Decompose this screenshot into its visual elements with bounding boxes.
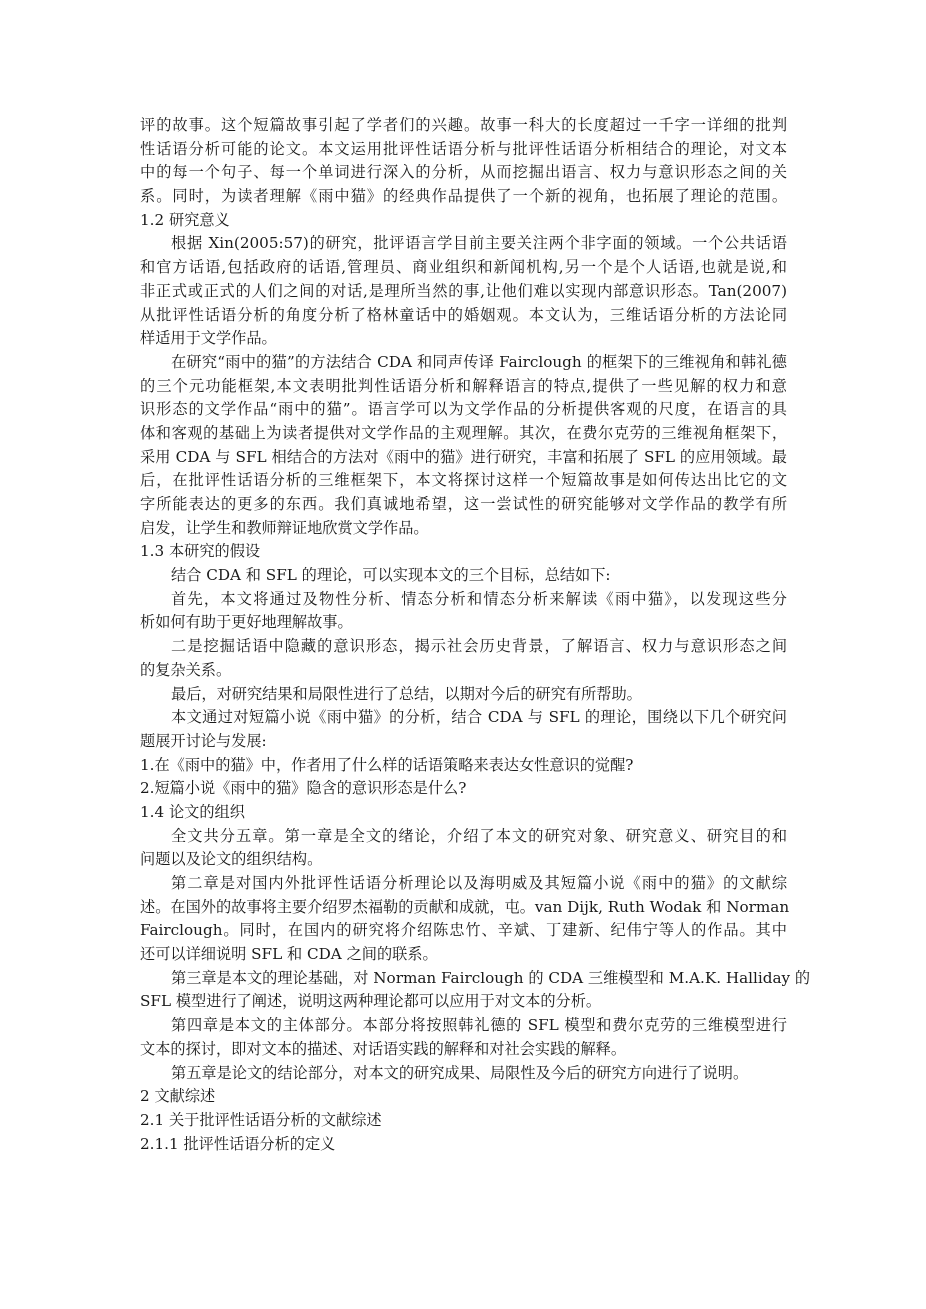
paragraph-organization-ch1: 全文共分五章。第一章是全文的绪论，介绍了本文的研究对象、研究意义、研究目的和 问… [140, 825, 787, 872]
text-line: 根据 Xin(2005:57)的研究，批评语言学目前主要关注两个非字面的领域。一… [140, 232, 787, 256]
text-line: Fairclough。同时，在国内的研究将介绍陈忠竹、辛斌、丁建新、纪伟宁等人的… [140, 919, 787, 943]
paragraph-significance-2: 在研究“雨中的猫”的方法结合 CDA 和同声传译 Fairclough 的框架下… [140, 351, 787, 541]
paragraph-hypothesis-second: 二是挖掘话语中隐藏的意识形态，揭示社会历史背景，了解语言、权力与意识形态之间 的… [140, 635, 787, 682]
document-page: 评的故事。这个短篇故事引起了学者们的兴趣。故事一科大的长度超过一千字一详细的批判… [140, 114, 787, 1156]
paragraph-organization-ch2: 第二章是对国内外批评性话语分析理论以及海明威及其短篇小说《雨中的猫》的文献综 述… [140, 872, 787, 967]
text-line: 性话语分析可能的论文。本文运用批评性话语分析与批评性话语分析相结合的理论，对文本 [140, 138, 787, 162]
text-line: 样适用于文学作品。 [140, 327, 787, 351]
text-line: 采用 CDA 与 SFL 相结合的方法对《雨中的猫》进行研究，丰富和拓展了 SF… [140, 446, 787, 470]
text-line: 问题以及论文的组织结构。 [140, 848, 787, 872]
text-line: 评的故事。这个短篇故事引起了学者们的兴趣。故事一科大的长度超过一千字一详细的批判 [140, 114, 787, 138]
paragraph-hypothesis-first: 首先，本文将通过及物性分析、情态分析和情态分析来解读《雨中猫》，以发现这些分 析… [140, 588, 787, 635]
text-line: 识形态的文学作品“雨中的猫”。语言学可以为文学作品的分析提供客观的尺度，在语言的… [140, 398, 787, 422]
text-line: SFL 模型进行了阐述，说明这两种理论都可以应用于对文本的分析。 [140, 990, 787, 1014]
text-line: 首先，本文将通过及物性分析、情态分析和情态分析来解读《雨中猫》，以发现这些分 [140, 588, 787, 612]
text-line: 后，在批评性话语分析的三维框架下，本文将探讨这样一个短篇故事是如何传达出比它的文 [140, 469, 787, 493]
text-line: 全文共分五章。第一章是全文的绪论，介绍了本文的研究对象、研究意义、研究目的和 [140, 825, 787, 849]
text-line: 文本的探讨，即对文本的描述、对话语实践的解释和对社会实践的解释。 [140, 1038, 787, 1062]
text-line: 中的每一个句子、每一个单词进行深入的分析，从而挖掘出语言、权力与意识形态之间的关 [140, 161, 787, 185]
text-line: 述。在国外的故事将主要介绍罗杰福勒的贡献和成就，屯。van Dijk, Ruth… [140, 896, 787, 920]
text-line: 结合 CDA 和 SFL 的理论，可以实现本文的三个目标，总结如下: [140, 564, 787, 588]
text-line: 二是挖掘话语中隐藏的意识形态，揭示社会历史背景，了解语言、权力与意识形态之间 [140, 635, 787, 659]
text-line: 第二章是对国内外批评性话语分析理论以及海明威及其短篇小说《雨中的猫》的文献综 [140, 872, 787, 896]
text-line: 第四章是本文的主体部分。本部分将按照韩礼德的 SFL 模型和费尔克劳的三维模型进… [140, 1014, 787, 1038]
text-line: 字所能表达的更多的东西。我们真诚地希望，这一尝试性的研究能够对文学作品的教学有所 [140, 493, 787, 517]
paragraph-organization-ch5: 第五章是论文的结论部分，对本文的研究成果、局限性及今后的研究方向进行了说明。 [140, 1062, 787, 1086]
section-heading-2: 2 文献综述 [140, 1085, 787, 1109]
paragraph-hypothesis-last: 最后，对研究结果和局限性进行了总结，以期对今后的研究有所帮助。 [140, 683, 787, 707]
text-line: 体和客观的基础上为读者提供对文学作品的主观理解。其次，在费尔克劳的三维视角框架下… [140, 422, 787, 446]
text-line: 和官方话语,包括政府的话语,管理员、商业组织和新闻机构,另一个是个人话语,也就是… [140, 256, 787, 280]
paragraph-organization-ch4: 第四章是本文的主体部分。本部分将按照韩礼德的 SFL 模型和费尔克劳的三维模型进… [140, 1014, 787, 1061]
text-line: 最后，对研究结果和局限性进行了总结，以期对今后的研究有所帮助。 [140, 683, 787, 707]
text-line: 系。同时，为读者理解《雨中猫》的经典作品提供了一个新的视角，也拓展了理论的范围。 [140, 185, 787, 209]
text-line: 第三章是本文的理论基础，对 Norman Fairclough 的 CDA 三维… [140, 967, 787, 991]
paragraph-significance-1: 根据 Xin(2005:57)的研究，批评语言学目前主要关注两个非字面的领域。一… [140, 232, 787, 350]
text-line: 本文通过对短篇小说《雨中猫》的分析，结合 CDA 与 SFL 的理论，围绕以下几… [140, 706, 787, 730]
text-line: 析如何有助于更好地理解故事。 [140, 611, 787, 635]
paragraph-intro-continuation: 评的故事。这个短篇故事引起了学者们的兴趣。故事一科大的长度超过一千字一详细的批判… [140, 114, 787, 209]
section-heading-1-3: 1.3 本研究的假设 [140, 540, 787, 564]
text-line: 非正式或正式的人们之间的对话,是理所当然的事,让他们难以实现内部意识形态。Tan… [140, 280, 787, 304]
paragraph-hypothesis-intro: 结合 CDA 和 SFL 的理论，可以实现本文的三个目标，总结如下: [140, 564, 787, 588]
paragraph-research-questions-intro: 本文通过对短篇小说《雨中猫》的分析，结合 CDA 与 SFL 的理论，围绕以下几… [140, 706, 787, 753]
text-line: 还可以详细说明 SFL 和 CDA 之间的联系。 [140, 943, 787, 967]
section-heading-2-1: 2.1 关于批评性话语分析的文献综述 [140, 1109, 787, 1133]
text-line: 题展开讨论与发展: [140, 730, 787, 754]
section-heading-2-1-1: 2.1.1 批评性话语分析的定义 [140, 1133, 787, 1157]
text-line: 的复杂关系。 [140, 659, 787, 683]
text-line: 在研究“雨中的猫”的方法结合 CDA 和同声传译 Fairclough 的框架下… [140, 351, 787, 375]
text-line: 的三个元功能框架,本文表明批判性话语分析和解释语言的特点,提供了一些见解的权力和… [140, 375, 787, 399]
section-heading-1-4: 1.4 论文的组织 [140, 801, 787, 825]
text-line: 第五章是论文的结论部分，对本文的研究成果、局限性及今后的研究方向进行了说明。 [140, 1062, 787, 1086]
paragraph-organization-ch3: 第三章是本文的理论基础，对 Norman Fairclough 的 CDA 三维… [140, 967, 787, 1014]
section-heading-1-2: 1.2 研究意义 [140, 209, 787, 233]
text-line: 启发，让学生和教师辩证地欣赏文学作品。 [140, 517, 787, 541]
research-question-2: 2.短篇小说《雨中的猫》隐含的意识形态是什么? [140, 777, 787, 801]
text-line: 从批评性话语分析的角度分析了格林童话中的婚姻观。本文认为，三维话语分析的方法论同 [140, 304, 787, 328]
research-question-1: 1.在《雨中的猫》中，作者用了什么样的话语策略来表达女性意识的觉醒? [140, 754, 787, 778]
